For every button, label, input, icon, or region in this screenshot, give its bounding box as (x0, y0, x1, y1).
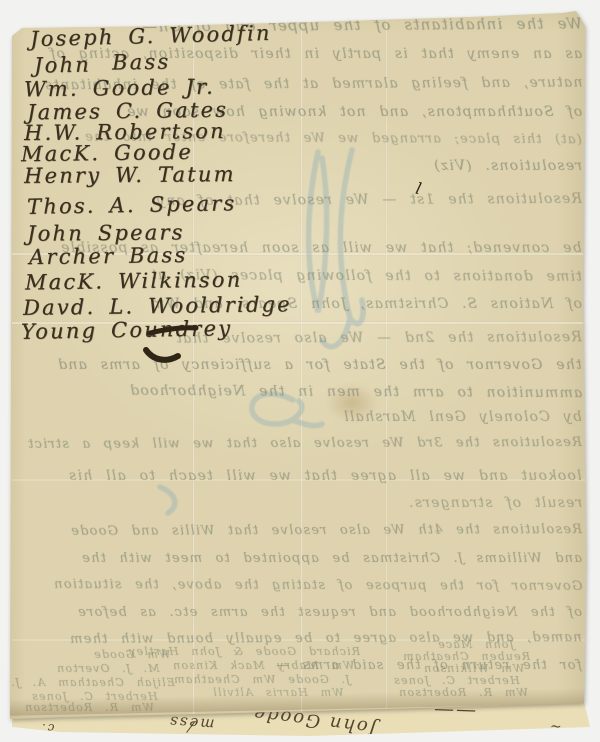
paper-sheet: We the inhabitants of the upper end of C… (0, 0, 600, 742)
ink-flourish-icon (0, 0, 600, 742)
scanned-document-page: { "colors": { "scan_background": "#f2f2f… (0, 0, 600, 742)
paper-sheet-wrap: We the inhabitants of the upper end of C… (0, 0, 600, 742)
